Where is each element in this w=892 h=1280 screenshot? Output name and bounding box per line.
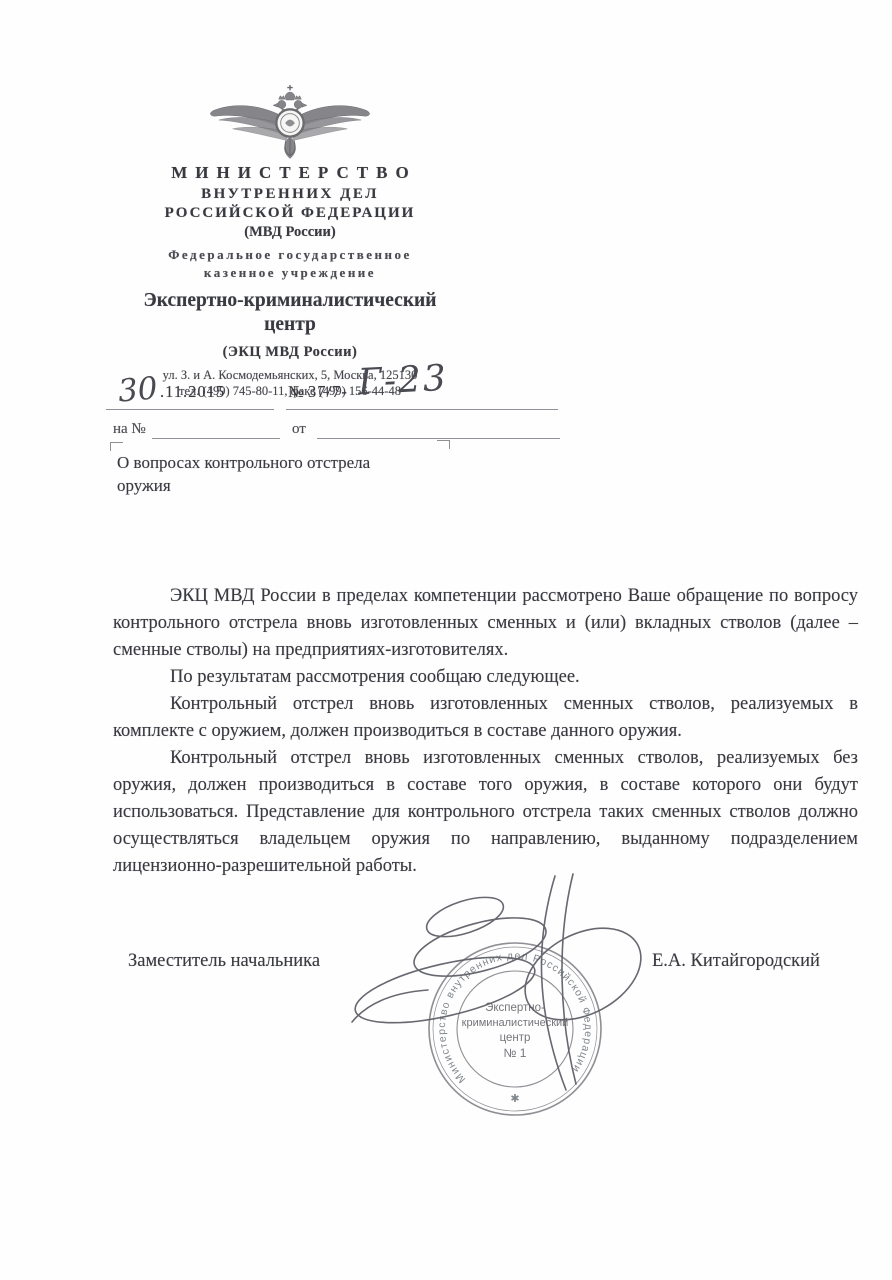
reply-number-underline [152, 438, 280, 439]
reply-to-number-label: на № [113, 421, 146, 438]
signer-position-title: Заместитель начальника [128, 951, 320, 972]
scanned-letter-page: МИНИСТЕРСТВО ВНУТРЕННИХ ДЕЛ РОССИЙСКОЙ Ф… [0, 0, 892, 1280]
handwritten-signature [330, 872, 670, 1107]
center-name-line1: Экспертно-криминалистический [95, 290, 485, 312]
printed-date: .11.2015 [160, 382, 225, 402]
org-type-line1: Федеральное государственное [95, 247, 485, 263]
ministry-name-line2: ВНУТРЕННИХ ДЕЛ [95, 186, 485, 203]
ministry-abbreviation: (МВД России) [95, 224, 485, 241]
outgoing-number-printed: 37/7- [308, 382, 348, 402]
addressee-corner-mark-right [437, 440, 450, 449]
date-underline [106, 409, 274, 410]
number-underline [286, 409, 558, 410]
body-paragraph: ЭКЦ МВД России в пределах компетенции ра… [113, 583, 858, 664]
body-paragraph: Контрольный отстрел вновь изготовленных … [113, 745, 858, 880]
org-type-line2: казенное учреждение [95, 265, 485, 281]
letter-body: ЭКЦ МВД России в пределах компетенции ра… [113, 583, 858, 880]
handwritten-day: 30 [117, 370, 159, 409]
subject-line: О вопросах контрольного отстрела оружия [117, 451, 422, 497]
letterhead: МИНИСТЕРСТВО ВНУТРЕННИХ ДЕЛ РОССИЙСКОЙ Ф… [95, 84, 485, 399]
center-name-line2: центр [95, 314, 485, 336]
reply-from-label: от [292, 421, 306, 438]
signer-name: Е.А. Китайгородский [652, 951, 820, 972]
reply-date-underline [317, 438, 560, 439]
body-paragraph: По результатам рассмотрения сообщаю след… [113, 664, 858, 691]
body-paragraph: Контрольный отстрел вновь изготовленных … [113, 691, 858, 745]
addressee-corner-mark-left [110, 442, 123, 451]
handwritten-number: Г-23 [357, 358, 449, 404]
number-sign: № [288, 382, 304, 402]
ministry-name-line3: РОССИЙСКОЙ ФЕДЕРАЦИИ [95, 205, 485, 222]
ministry-name-line1: МИНИСТЕРСТВО [95, 163, 485, 183]
mvd-double-headed-eagle-icon [206, 84, 374, 160]
